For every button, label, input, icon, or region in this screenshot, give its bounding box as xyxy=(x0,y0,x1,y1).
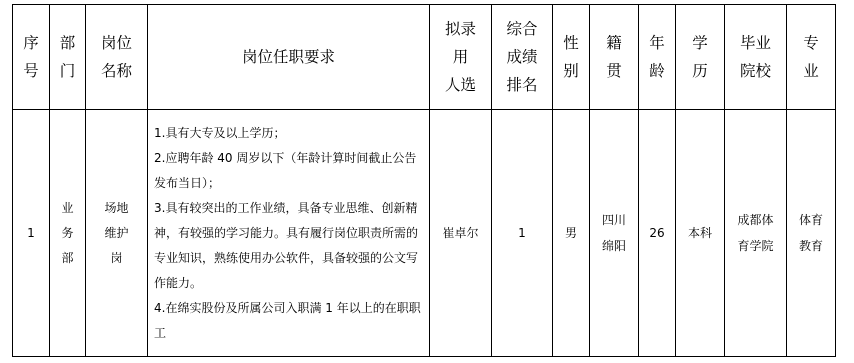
header-requirements: 岗位任职要求 xyxy=(148,5,430,110)
cell-education: 本科 xyxy=(676,110,725,357)
cell-index: 1 xyxy=(13,110,50,357)
table-row: 1 业务部 场地维护岗 1.具有大专及以上学历； 2.应聘年龄 40 周岁以下（… xyxy=(13,110,836,357)
header-gender: 性别 xyxy=(553,5,590,110)
recruitment-table: 序号 部门 岗位名称 岗位任职要求 拟录用人选 综合成绩排名 性别 籍贯 年龄 … xyxy=(12,4,836,357)
cell-position-name: 场地维护岗 xyxy=(86,110,148,357)
header-origin: 籍贯 xyxy=(590,5,639,110)
cell-major: 体育教育 xyxy=(787,110,836,357)
cell-origin: 四川绵阳 xyxy=(590,110,639,357)
requirement-item: 4.在绵实股份及所属公司入职满 1 年以上的在职职工 xyxy=(154,296,425,346)
header-education: 学历 xyxy=(676,5,725,110)
requirement-item: 1.具有大专及以上学历； xyxy=(154,121,425,146)
header-position-name: 岗位名称 xyxy=(86,5,148,110)
header-school: 毕业院校 xyxy=(725,5,787,110)
header-candidate: 拟录用人选 xyxy=(430,5,492,110)
header-department: 部门 xyxy=(50,5,86,110)
requirement-item: 3.具有较突出的工作业绩，具备专业思维、创新精神，有较强的学习能力。具有履行岗位… xyxy=(154,196,425,296)
cell-requirements: 1.具有大专及以上学历； 2.应聘年龄 40 周岁以下（年龄计算时间截止公告发布… xyxy=(148,110,430,357)
cell-gender: 男 xyxy=(553,110,590,357)
header-row: 序号 部门 岗位名称 岗位任职要求 拟录用人选 综合成绩排名 性别 籍贯 年龄 … xyxy=(13,5,836,110)
header-age: 年龄 xyxy=(639,5,676,110)
header-rank: 综合成绩排名 xyxy=(492,5,553,110)
header-index: 序号 xyxy=(13,5,50,110)
requirement-item: 2.应聘年龄 40 周岁以下（年龄计算时间截止公告发布当日）； xyxy=(154,146,425,196)
cell-school: 成都体育学院 xyxy=(725,110,787,357)
cell-candidate: 崔卓尔 xyxy=(430,110,492,357)
header-major: 专业 xyxy=(787,5,836,110)
cell-age: 26 xyxy=(639,110,676,357)
cell-rank: 1 xyxy=(492,110,553,357)
cell-department: 业务部 xyxy=(50,110,86,357)
